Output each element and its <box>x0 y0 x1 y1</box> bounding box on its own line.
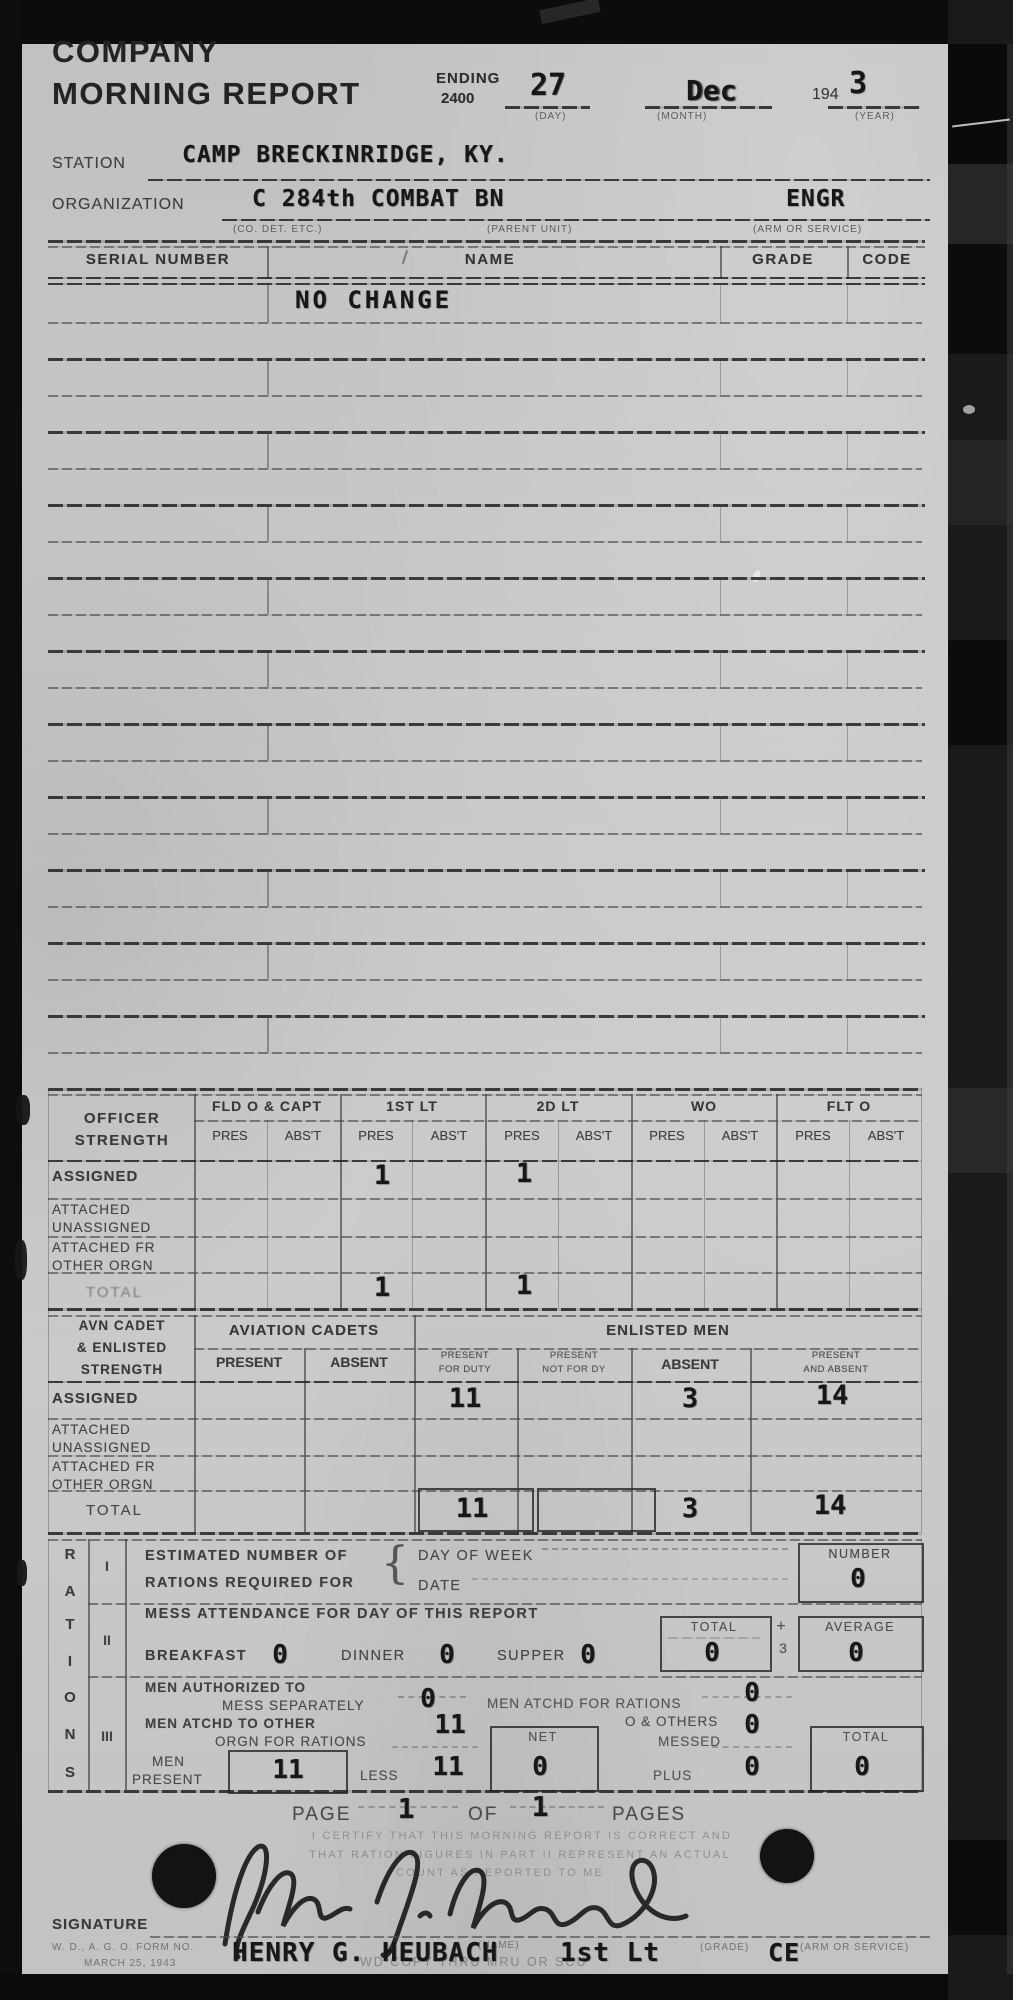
page-value-1: 1 <box>398 1792 415 1825</box>
station-value: CAMP BRECKINRIDGE, KY. <box>182 142 509 168</box>
roster-line <box>48 614 922 616</box>
rations-other-line2: ORGN FOR RATIONS <box>215 1734 367 1749</box>
roster-header-divider-3 <box>847 246 849 278</box>
roster-col-code: CODE <box>862 251 911 268</box>
officers-row-attached-1: ATTACHED <box>52 1202 131 1217</box>
officers-row-attachedfr-1: ATTACHED FR <box>52 1240 156 1255</box>
enlisted-col-duty-2: FOR DUTY <box>439 1364 492 1375</box>
roster-col-grade: GRADE <box>752 251 814 268</box>
officers-assigned-1stlt-pres: 1 <box>374 1160 390 1191</box>
officers-abst-2: ABS'T <box>576 1128 612 1143</box>
officers-abst-4: ABS'T <box>868 1128 904 1143</box>
roster-top-rule <box>48 240 925 243</box>
officers-row-attachedfr-2: OTHER ORGN <box>52 1258 154 1273</box>
ending-label: ENDING <box>436 70 500 87</box>
others-fill-line <box>712 1746 792 1748</box>
officers-assigned-2dlt-pres: 1 <box>516 1158 532 1189</box>
month-underline <box>645 106 772 109</box>
station-line <box>148 179 930 181</box>
enlisted-bottom-rule <box>48 1532 922 1535</box>
rations-men-value: 11 <box>272 1755 303 1785</box>
officers-row-assigned: ASSIGNED <box>52 1168 138 1185</box>
enlisted-total-absent: 3 <box>682 1493 698 1524</box>
rations-divisor: 3 <box>779 1640 787 1656</box>
roster-line <box>48 833 922 835</box>
rations-border-left <box>48 1539 49 1790</box>
rations-supper-label: SUPPER <box>497 1648 566 1664</box>
year-value: 3 <box>849 66 867 101</box>
officers-row-rule <box>48 1198 922 1200</box>
officers-vline <box>340 1094 342 1308</box>
scan-band-gray-2 <box>948 440 1013 525</box>
enlisted-label-2: & ENLISTED <box>77 1340 167 1355</box>
rations-atchd-value: 0 <box>744 1678 760 1708</box>
enlisted-row-attached-1: ATTACHED <box>52 1422 131 1437</box>
officers-vline <box>631 1094 633 1308</box>
officers-row-attached-2: UNASSIGNED <box>52 1220 151 1235</box>
rations-breakfast-label: BREAKFAST <box>145 1648 247 1664</box>
roster-vline <box>847 577 848 614</box>
roster-line <box>48 723 925 726</box>
white-blob-1 <box>963 405 975 414</box>
edge-blob-2 <box>15 1240 27 1280</box>
enlisted-col-notduty-1: PRESENT <box>550 1350 598 1361</box>
scan-band-gray-3 <box>948 1088 1013 1173</box>
rations-day-of-week-label: DAY OF WEEK <box>418 1548 534 1564</box>
enlisted-col-pa-1: PRESENT <box>812 1350 860 1361</box>
roster-line <box>48 468 922 470</box>
officers-vline <box>776 1094 778 1308</box>
enlisted-assigned-duty: 11 <box>449 1383 482 1414</box>
rations-men-line1: MEN <box>152 1754 185 1769</box>
roster-vline <box>267 650 269 687</box>
officers-group-1: 1ST LT <box>386 1098 438 1114</box>
officers-border-left <box>48 1088 49 1314</box>
organization-value: C 284th COMBAT BN <box>252 186 504 212</box>
rations-plus-sign: + <box>776 1618 785 1636</box>
roster-header-bottom-rule <box>48 277 925 279</box>
roster-vline <box>720 283 721 322</box>
form-number-line1: W. D., A. G. O. FORM NO. <box>52 1942 194 1953</box>
roster-vline <box>267 283 269 322</box>
roster-vline <box>267 358 269 395</box>
roster-vline <box>720 431 721 468</box>
station-label: STATION <box>52 155 126 173</box>
officers-label-2: STRENGTH <box>75 1132 170 1149</box>
enlisted-border-left <box>48 1315 49 1532</box>
roster-vline <box>720 577 721 614</box>
roster-line <box>48 358 925 361</box>
rations-number-value: 0 <box>850 1564 866 1594</box>
rations-bottom-rule <box>48 1790 922 1793</box>
rations-letter-a: A <box>65 1583 76 1600</box>
roster-vline <box>267 723 269 760</box>
edge-blob-3 <box>17 1560 27 1586</box>
officers-subvline <box>849 1120 850 1308</box>
roster-vline <box>847 723 848 760</box>
enlisted-group-enlisted: ENLISTED MEN <box>606 1322 730 1339</box>
scan-edge-strip <box>1007 44 1013 1974</box>
scan-band-dark-3 <box>948 640 1013 745</box>
officers-abst-0: ABS'T <box>285 1128 321 1143</box>
rations-s1-line2: RATIONS REQUIRED FOR <box>145 1575 354 1591</box>
rations-average-value: 0 <box>848 1638 864 1668</box>
officers-total-1stlt-pres: 1 <box>374 1272 390 1303</box>
pages-label: PAGES <box>612 1804 686 1826</box>
month-sublabel: (MONTH) <box>657 111 707 122</box>
organization-line <box>222 219 930 221</box>
form-number-line2: MARCH 25, 1943 <box>84 1958 176 1969</box>
enlisted-vline <box>750 1348 752 1532</box>
arm-service-value: ENGR <box>786 186 845 212</box>
roster-line <box>48 942 925 945</box>
org-sublabel-arm: (ARM OR SERVICE) <box>753 224 862 235</box>
roster-vline <box>720 869 721 906</box>
officers-pres-0: PRES <box>212 1128 247 1143</box>
rations-dinner-value: 0 <box>439 1640 455 1670</box>
roster-line <box>48 577 925 580</box>
month-value: Dec <box>686 74 737 107</box>
rations-letter-o: O <box>64 1689 76 1706</box>
roster-vline <box>847 869 848 906</box>
roster-vline <box>720 358 721 395</box>
roster-top-rule-2 <box>48 246 925 248</box>
officers-pres-3: PRES <box>649 1128 684 1143</box>
officers-row-rule <box>48 1272 922 1274</box>
enlisted-assigned-pa: 14 <box>816 1380 849 1411</box>
typed-grade: 1st Lt <box>560 1938 660 1968</box>
rations-letter-n: N <box>65 1726 76 1743</box>
rations-letter-t: T <box>65 1616 74 1633</box>
officers-abst-3: ABS'T <box>722 1128 758 1143</box>
other-fill-line <box>392 1746 478 1748</box>
punch-hole-left <box>152 1844 216 1908</box>
roster-vline <box>847 504 848 541</box>
officers-top-rule <box>48 1088 922 1091</box>
roster-vline <box>720 942 721 979</box>
year-prefix: 194 <box>812 86 839 104</box>
rations-vline-1 <box>88 1539 90 1790</box>
day-value: 27 <box>530 68 566 103</box>
roster-vline <box>720 1015 721 1052</box>
rations-vline-2 <box>125 1539 127 1790</box>
roster-line <box>48 431 925 434</box>
roster-line <box>48 1015 925 1018</box>
roster-line <box>48 906 922 908</box>
rations-plus-value: 0 <box>744 1752 760 1782</box>
enlisted-label-1: AVN CADET <box>79 1318 166 1333</box>
officers-pres-1: PRES <box>358 1128 393 1143</box>
typed-arm-service: CE <box>768 1938 800 1967</box>
rations-other-line1: MEN ATCHD TO OTHER <box>145 1716 316 1731</box>
officers-row-rule <box>48 1160 922 1162</box>
rations-supper-value: 0 <box>580 1640 596 1670</box>
rations-auth-line1: MEN AUTHORIZED TO <box>145 1680 306 1695</box>
enlisted-label-3: STRENGTH <box>81 1362 163 1377</box>
roster-line <box>48 504 925 507</box>
certification-line-2: THAT RATION FIGURES IN PART II REPRESENT… <box>309 1849 731 1861</box>
enlisted-col-notduty-2: NOT FOR DY <box>542 1364 605 1375</box>
officers-pres-4: PRES <box>795 1128 830 1143</box>
typed-name: HENRY G. HEUBACH <box>232 1938 498 1968</box>
certification-line-1: I CERTIFY THAT THIS MORNING REPORT IS CO… <box>312 1830 732 1842</box>
officers-subvline <box>412 1120 413 1308</box>
enlisted-header-bottom-rule <box>48 1381 922 1383</box>
rations-less-value: 11 <box>432 1752 463 1782</box>
officers-subvline <box>558 1120 559 1308</box>
roster-vline <box>720 723 721 760</box>
scan-border-left <box>0 0 22 2000</box>
edge-blob-1 <box>16 1095 30 1125</box>
rations-num-1: I <box>105 1558 109 1574</box>
roster-line <box>48 1052 922 1054</box>
roster-vline <box>267 1015 269 1052</box>
roster-vline <box>720 650 721 687</box>
grade-sublabel: (GRADE) <box>700 1942 749 1953</box>
roster-vline <box>847 431 848 468</box>
roster-header-bottom-rule-2 <box>48 283 925 285</box>
enlisted-group-cadets: AVIATION CADETS <box>229 1322 379 1339</box>
officers-subvline <box>704 1120 705 1308</box>
rations-total3-label: TOTAL <box>843 1730 890 1744</box>
rations-letter-r: R <box>65 1546 76 1563</box>
arm-sublabel: (ARM OR SERVICE) <box>800 1942 909 1953</box>
roster-vline <box>267 577 269 614</box>
signature-label: SIGNATURE <box>52 1916 148 1933</box>
enlisted-vline <box>304 1348 306 1532</box>
officers-total-2dlt-pres: 1 <box>516 1270 532 1301</box>
enlisted-row-attached-2: UNASSIGNED <box>52 1440 151 1455</box>
officers-groupheader-rule <box>194 1120 922 1122</box>
roster-line <box>48 322 922 324</box>
roster-vline <box>847 650 848 687</box>
roster-line <box>48 541 922 543</box>
page-label: PAGE <box>292 1804 351 1826</box>
officers-group-3: WO <box>691 1098 717 1114</box>
roster-vline <box>267 796 269 833</box>
scan-band-gray-1 <box>948 164 1013 244</box>
officers-abst-1: ABS'T <box>431 1128 467 1143</box>
rations-breakfast-value: 0 <box>272 1640 288 1670</box>
officers-row-rule <box>48 1236 922 1238</box>
officers-label-1: OFFICER <box>84 1110 160 1127</box>
rations-less-label: LESS <box>360 1768 399 1783</box>
enlisted-bottom-rule-2 <box>48 1539 922 1541</box>
rations-other-value: 11 <box>434 1710 465 1740</box>
roster-vline <box>847 796 848 833</box>
rations-others-value: 0 <box>744 1710 760 1740</box>
enlisted-row-assigned: ASSIGNED <box>52 1390 138 1407</box>
certification-line-3: COUNT AS REPORTED TO ME <box>396 1867 604 1879</box>
scan-band-dark-1 <box>948 44 1013 164</box>
enlisted-col-absent-en: ABSENT <box>661 1356 719 1372</box>
form-title-line1: COMPANY <box>52 34 219 70</box>
rations-plus-label: PLUS <box>653 1768 692 1783</box>
date-fill-line <box>472 1578 788 1580</box>
rations-brace: { <box>381 1538 409 1589</box>
officers-subvline <box>267 1120 268 1308</box>
roster-line <box>48 395 922 397</box>
roster-vline <box>267 431 269 468</box>
roster-line <box>48 869 925 872</box>
officers-bottom-rule-2 <box>48 1315 922 1317</box>
officers-pres-2: PRES <box>504 1128 539 1143</box>
enlisted-total-duty: 11 <box>456 1493 489 1524</box>
officers-group-2: 2D LT <box>537 1098 580 1114</box>
rations-s1-line1: ESTIMATED NUMBER OF <box>145 1548 348 1564</box>
roster-col-serial: SERIAL NUMBER <box>86 251 230 268</box>
form-title-line2: MORNING REPORT <box>52 76 361 112</box>
rations-men-line2: PRESENT <box>132 1772 203 1787</box>
officers-bottom-rule <box>48 1308 922 1311</box>
enlisted-row-total: TOTAL <box>86 1502 143 1519</box>
rations-net-label: NET <box>528 1730 558 1744</box>
roster-header-divider-1 <box>267 246 269 278</box>
roster-line <box>48 760 922 762</box>
rations-num-2: II <box>103 1632 111 1648</box>
day-of-week-fill-line <box>542 1548 788 1550</box>
roster-vline <box>847 942 848 979</box>
roster-vline <box>720 504 721 541</box>
rations-total-value: 0 <box>704 1638 720 1668</box>
rations-letter-i: I <box>68 1653 72 1670</box>
day-underline <box>505 106 590 109</box>
roster-vline <box>267 504 269 541</box>
year-sublabel: (YEAR) <box>855 111 895 122</box>
roster-col-name: NAME <box>465 251 515 268</box>
organization-label: ORGANIZATION <box>52 196 185 214</box>
rations-net-value: 0 <box>532 1752 548 1782</box>
rations-others-line1: O & OTHERS <box>625 1714 718 1729</box>
rations-atchd-label: MEN ATCHD FOR RATIONS <box>487 1696 682 1711</box>
org-sublabel-parent: (PARENT UNIT) <box>487 224 572 235</box>
officers-vline <box>485 1094 487 1308</box>
roster-line <box>48 979 922 981</box>
officers-vline <box>194 1094 196 1308</box>
roster-vline <box>847 358 848 395</box>
roster-line <box>48 687 922 689</box>
page-fill-line-2 <box>510 1806 604 1808</box>
enlisted-col-present: PRESENT <box>216 1354 282 1370</box>
rations-s1-rule <box>88 1603 922 1605</box>
rations-number-label: NUMBER <box>828 1547 891 1561</box>
org-sublabel-co: (CO. DET. ETC.) <box>233 224 322 235</box>
roster-entry-no-change: NO CHANGE <box>295 286 452 314</box>
rations-total3-value: 0 <box>854 1752 870 1782</box>
scan-band-dark-2 <box>948 244 1013 354</box>
rations-s2-line1: MESS ATTENDANCE FOR DAY OF THIS REPORT <box>145 1606 539 1622</box>
roster-vline <box>847 1015 848 1052</box>
punch-hole-right <box>760 1829 814 1883</box>
rations-auth-line2: MESS SEPARATELY <box>222 1698 365 1713</box>
rations-s2-rule <box>88 1676 922 1678</box>
page-value-2: 1 <box>532 1790 549 1823</box>
day-sublabel: (DAY) <box>535 111 566 122</box>
page-of-label: OF <box>468 1804 498 1826</box>
roster-line <box>48 650 925 653</box>
roster-vline <box>847 283 848 322</box>
enlisted-row-rule <box>48 1455 922 1457</box>
roster-vline <box>267 869 269 906</box>
officers-group-4: FLT O <box>827 1098 871 1114</box>
year-underline <box>828 106 920 109</box>
rations-date-label: DATE <box>418 1578 462 1594</box>
enlisted-col-pa-2: AND ABSENT <box>803 1364 868 1375</box>
rations-num-3: III <box>101 1728 113 1744</box>
enlisted-assigned-absent: 3 <box>682 1383 698 1414</box>
roster-header-divider-2 <box>720 246 722 278</box>
roster-vline <box>720 796 721 833</box>
scan-border-bottom <box>0 1974 1013 2000</box>
officers-group-0: FLD O & CAPT <box>212 1098 322 1114</box>
morning-report-scan: COMPANY MORNING REPORT ENDING 2400 27 (D… <box>0 0 1013 2000</box>
enlisted-row-attachedfr-1: ATTACHED FR <box>52 1459 156 1474</box>
rations-total-label: TOTAL <box>691 1620 738 1634</box>
enlisted-col-duty-1: PRESENT <box>441 1350 489 1361</box>
rations-dinner-label: DINNER <box>341 1648 406 1664</box>
enlisted-total-pa: 14 <box>814 1490 847 1521</box>
officers-border-right <box>921 1088 922 1314</box>
rations-letter-s: S <box>65 1764 75 1781</box>
scan-band-dark-4 <box>948 1840 1013 1935</box>
enlisted-col-absent: ABSENT <box>330 1354 388 1370</box>
roster-line <box>48 796 925 799</box>
enlisted-row-rule <box>48 1418 922 1420</box>
officers-row-total: TOTAL <box>86 1284 143 1301</box>
rations-average-label: AVERAGE <box>825 1620 895 1634</box>
roster-vline <box>267 942 269 979</box>
enlisted-total-notduty-box <box>537 1488 656 1532</box>
ending-time: 2400 <box>441 90 474 107</box>
